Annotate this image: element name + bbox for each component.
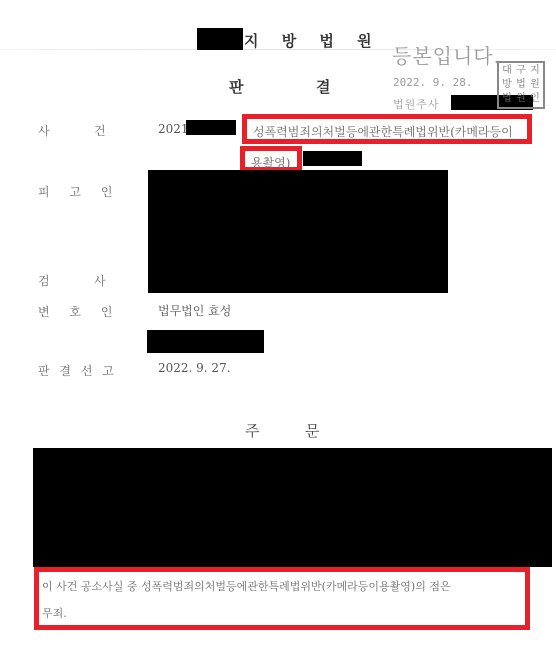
order-heading-right: 문 (305, 420, 320, 441)
seal-char: 인 (528, 92, 542, 106)
document-title-right: 결 (316, 76, 331, 97)
redacted-case-number (186, 120, 236, 135)
highlight-case-name-line2: 용촬영) (240, 146, 302, 172)
defendant-label: 피 고 인 (38, 183, 120, 200)
seal-char: 방 (500, 78, 514, 92)
redacted-counsel-attorney (147, 330, 264, 353)
verdict-date-label: 판 결 선 고 (38, 362, 117, 379)
prosecutor-label-a: 검 (38, 272, 50, 289)
clerk-label: 법원주사 (393, 96, 440, 112)
redacted-court-region (197, 28, 243, 50)
seal-char: 원 (514, 92, 528, 106)
verdict-date-value: 2022. 9. 27. (158, 361, 231, 375)
redacted-case-suffix (303, 151, 362, 166)
case-number: 2021 (158, 122, 189, 136)
prosecutor-label-b: 사 (94, 272, 106, 289)
highlight-case-name-line1: 성폭력범죄의처벌등에관한특례법위반(카메라등이 (242, 114, 532, 144)
court-seal-icon: 대 구 지 방 법 원 법 원 인 (497, 61, 545, 109)
case-label-a: 사 (38, 122, 50, 139)
counsel-value: 법무법인 효성 (158, 302, 231, 319)
seal-char: 법 (500, 92, 514, 106)
acquittal-line1: 이 사건 공소사실 중 성폭력범죄의처벌등에관한특례법위반(카메라등이용촬영)의… (42, 578, 451, 594)
case-name-line2: 용촬영) (251, 154, 290, 171)
seal-char: 원 (528, 78, 542, 92)
certified-date: 2022. 9. 28. (393, 76, 472, 89)
seal-char: 대 (500, 64, 514, 78)
court-name: 지 방 법 원 (244, 30, 381, 51)
case-label-b: 건 (94, 122, 106, 139)
case-name-line1: 성폭력범죄의처벌등에관한특례법위반(카메라등이 (253, 123, 513, 140)
counsel-label: 변 호 인 (38, 303, 120, 320)
redacted-defendant-info (148, 170, 448, 293)
seal-char: 지 (528, 64, 542, 78)
certified-copy-stamp: 등본입니다. (392, 40, 501, 69)
highlight-acquittal: 이 사건 공소사실 중 성폭력범죄의처벌등에관한특례법위반(카메라등이용촬영)의… (34, 567, 530, 630)
redacted-order-text (33, 448, 552, 567)
order-heading-left: 주 (245, 420, 260, 441)
acquittal-line2: 무죄. (42, 605, 67, 621)
document-title-left: 판 (229, 76, 244, 97)
seal-char: 구 (514, 64, 528, 78)
seal-char: 법 (514, 78, 528, 92)
